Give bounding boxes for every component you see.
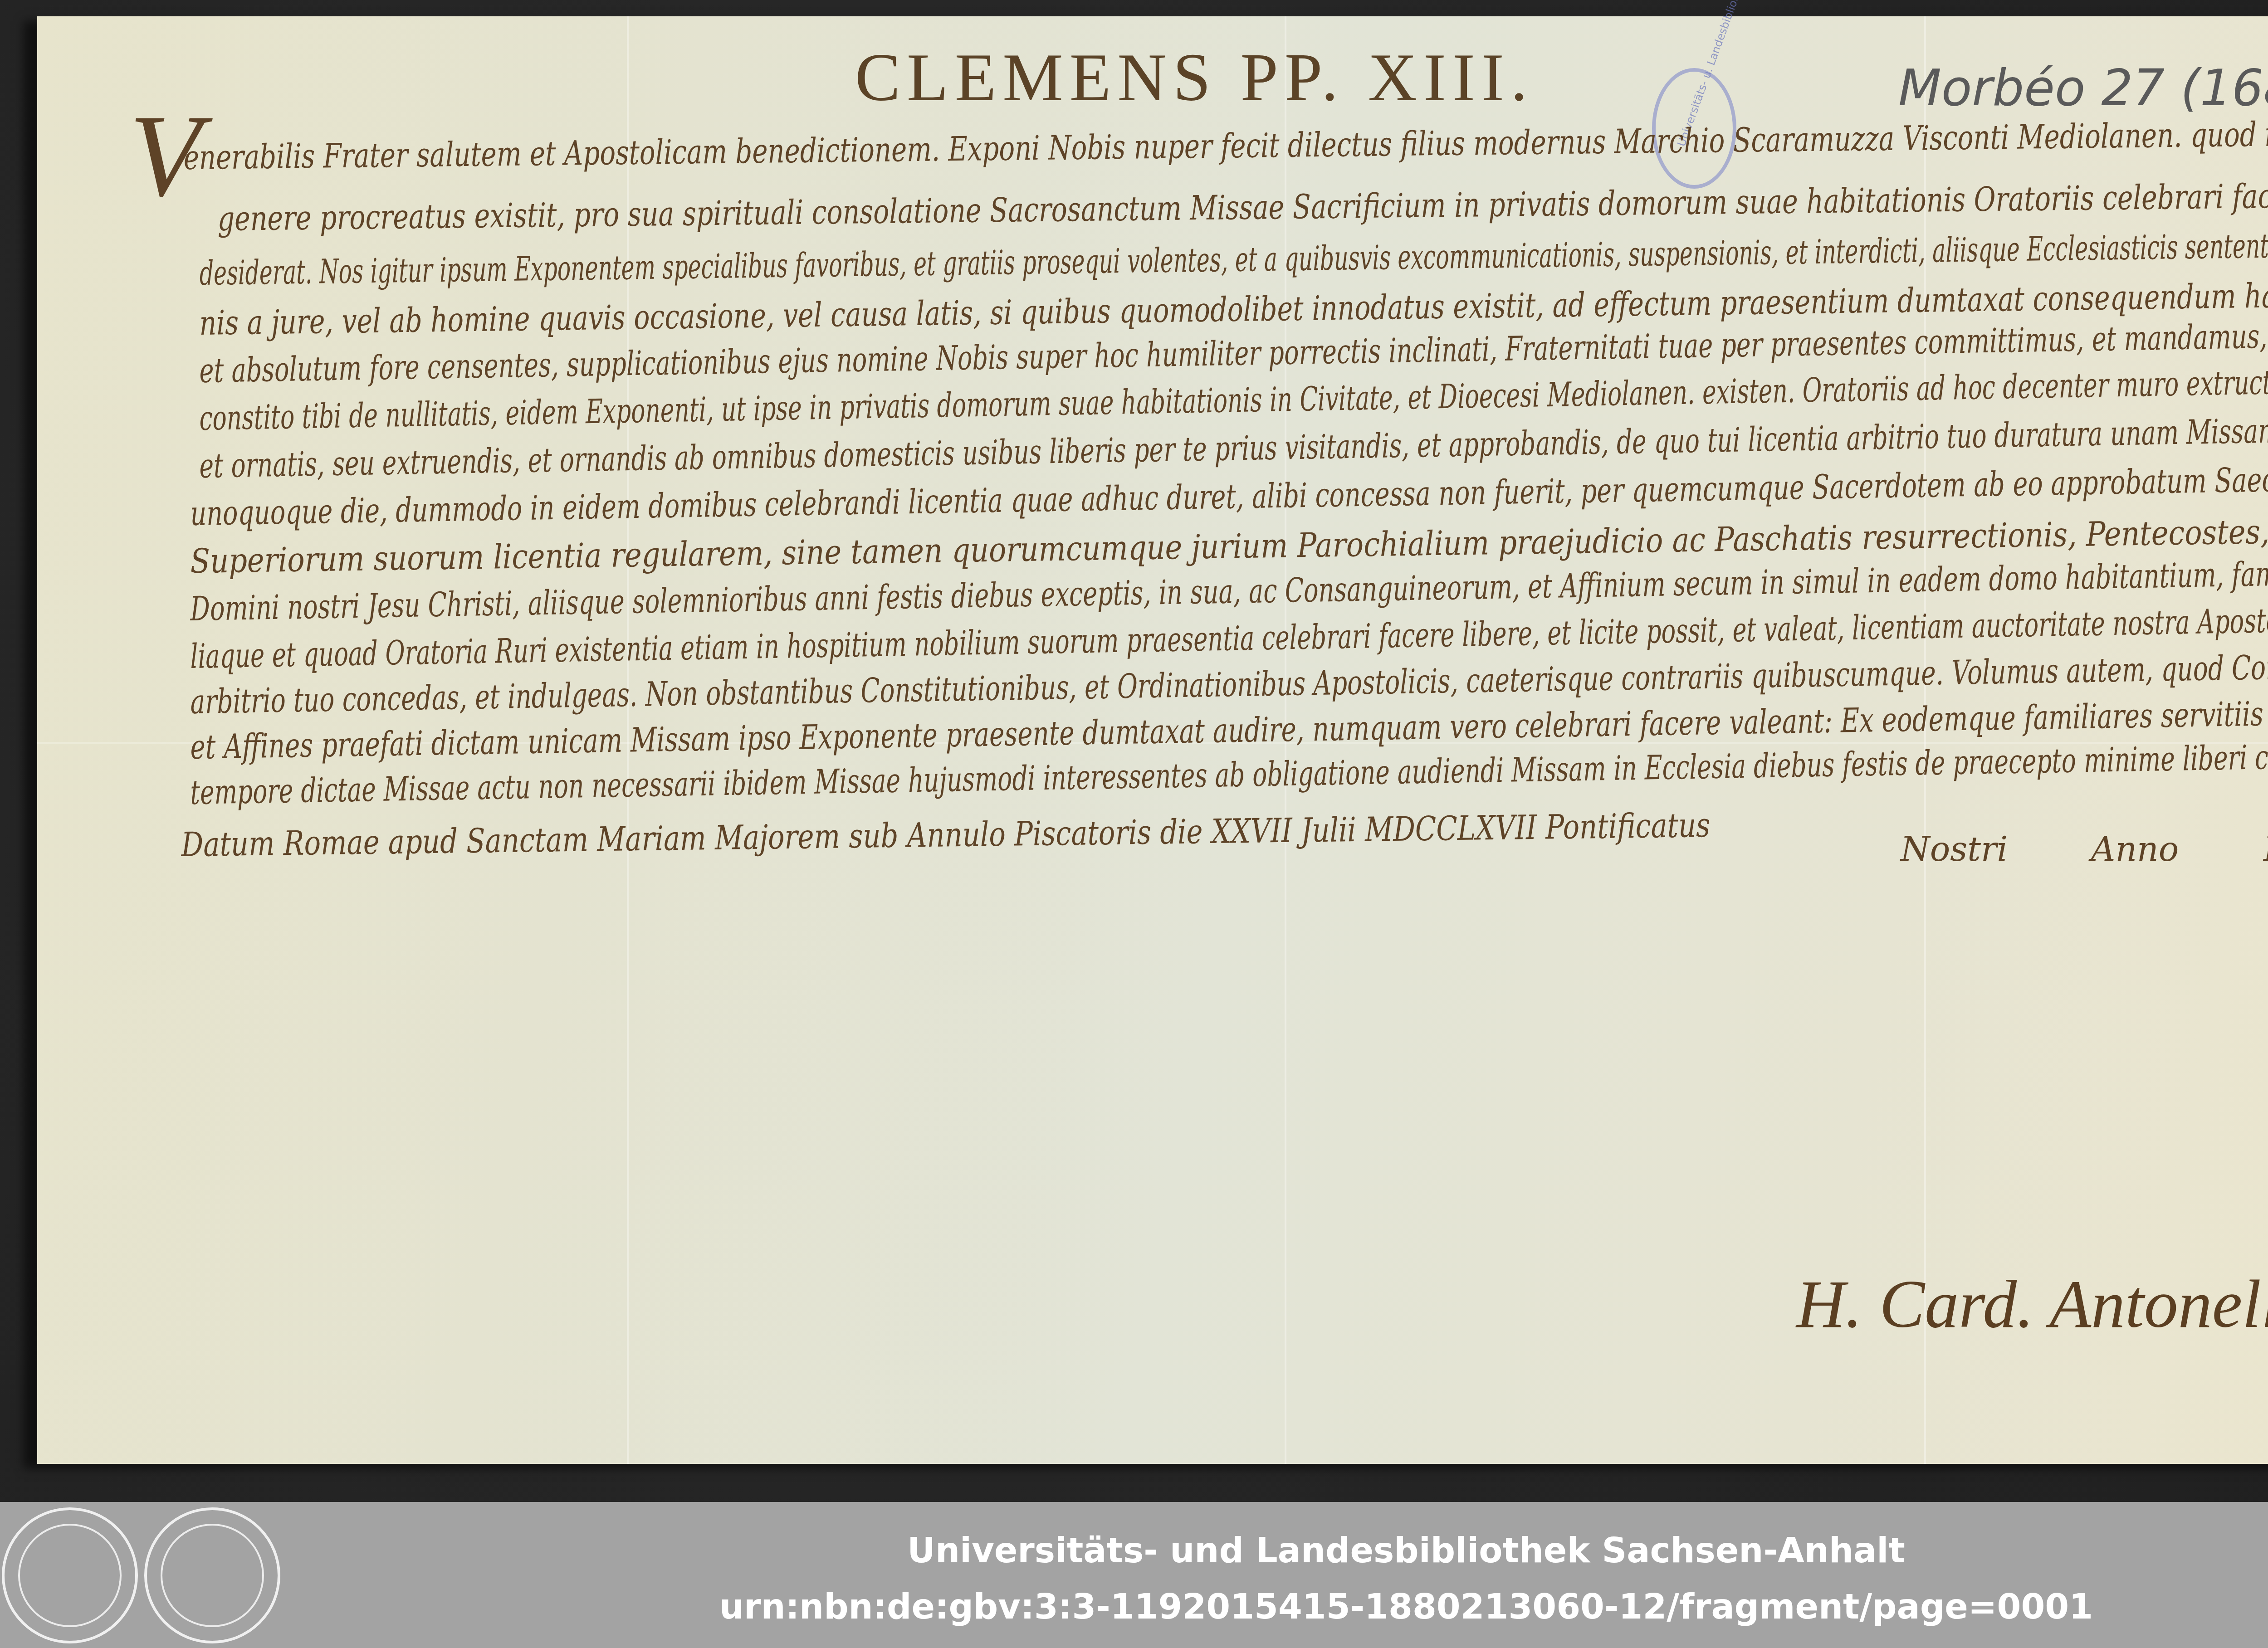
document-title: CLEMENS PP. XIII.	[855, 39, 1534, 117]
shelfmark-note: Morbéo 27 (168)	[1898, 59, 2268, 117]
datum-word: Anno	[2091, 830, 2179, 869]
datum-word: Nostri	[1901, 830, 2008, 869]
urn-identifier: urn:nbn:de:gbv:3:3-1192015415-1880213060…	[0, 1586, 2268, 1627]
signature: H. Card. Antonellus	[1796, 1265, 2268, 1343]
institution-name: Universitäts- und Landesbibliothek Sachs…	[0, 1530, 2268, 1570]
footer-bar: Universitäts- und Landesbibliothek Sachs…	[0, 1502, 2268, 1648]
datum-word: Decimo.	[2263, 830, 2268, 869]
